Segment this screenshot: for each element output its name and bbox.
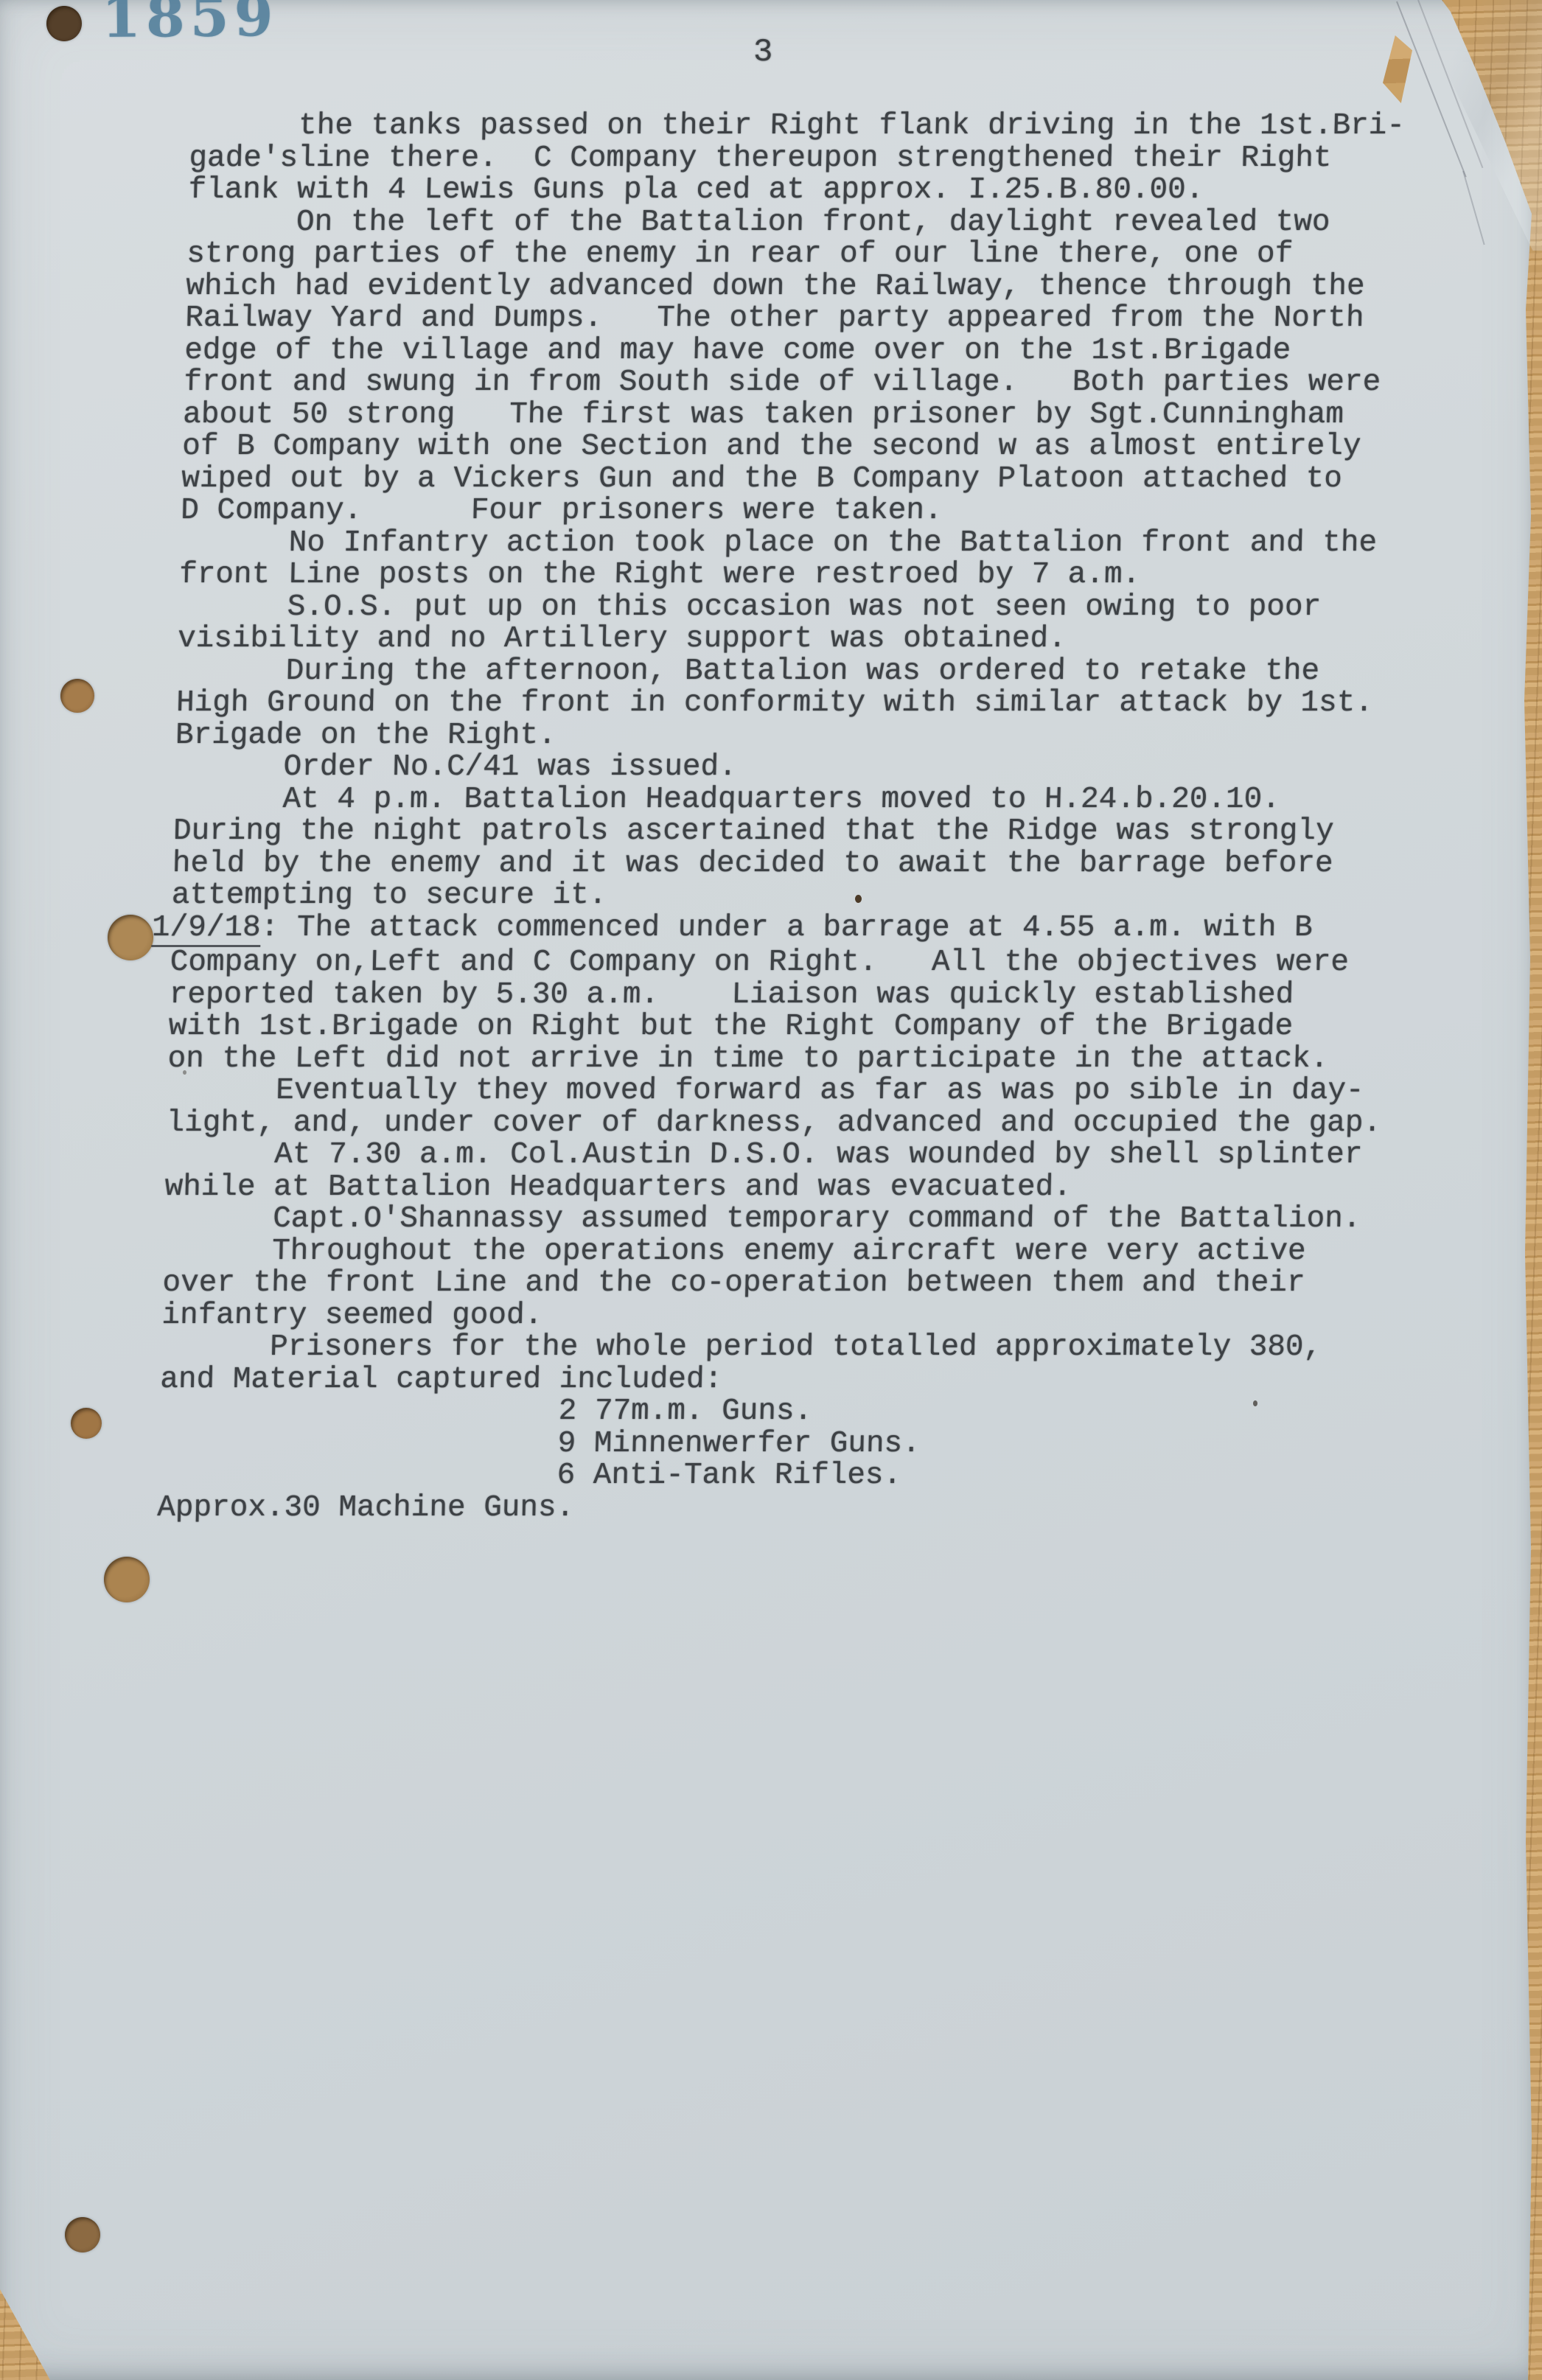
- typewritten-line: while at Battalion Headquarters and was …: [164, 1172, 1462, 1204]
- typewritten-line: Prisoners for the whole period totalled …: [161, 1332, 1459, 1364]
- typewritten-line: At 7.30 a.m. Col.Austin D.S.O. was wound…: [165, 1140, 1463, 1172]
- punch-hole: [71, 1408, 102, 1439]
- typewritten-line: about 50 strong The first was taken pris…: [183, 399, 1481, 432]
- typewritten-line: infantry seemed good.: [161, 1300, 1459, 1333]
- typewritten-line: with 1st.Brigade on Right but the Right …: [168, 1011, 1466, 1044]
- typewritten-line: Company on,Left and C Company on Right. …: [170, 947, 1468, 980]
- punch-hole: [60, 679, 94, 713]
- typewritten-line: No Infantry action took place on the Bat…: [180, 528, 1478, 560]
- typewritten-line: of B Company with one Section and the se…: [182, 431, 1480, 464]
- page-number: 3: [753, 34, 772, 71]
- typewritten-line: At 4 p.m. Battalion Headquarters moved t…: [173, 784, 1471, 817]
- typewritten-line: and Material captured included:: [160, 1364, 1458, 1397]
- typewritten-line: held by the enemy and it was decided to …: [172, 848, 1470, 881]
- typewritten-line: On the left of the Battalion front, dayl…: [187, 207, 1485, 240]
- typewritten-line: Order No.C/41 was issued.: [174, 752, 1472, 784]
- typewritten-line: S.O.S. put up on this occasion was not s…: [178, 592, 1476, 624]
- typewritten-line: attempting to secure it.: [171, 880, 1469, 912]
- typewritten-line: light, and, under cover of darkness, adv…: [166, 1108, 1464, 1140]
- typewritten-line: wiped out by a Vickers Gun and the B Com…: [181, 464, 1479, 496]
- typewritten-line: During the afternoon, Battalion was orde…: [177, 656, 1475, 688]
- typewritten-line: over the front Line and the co-operation…: [162, 1268, 1460, 1300]
- punch-hole: [108, 915, 153, 960]
- typewritten-line: Approx.30 Machine Guns.: [157, 1493, 1455, 1525]
- typewritten-line: visibility and no Artillery support was …: [178, 624, 1476, 656]
- typewritten-line: 9 Minnenwerfer Guns.: [158, 1428, 1456, 1461]
- typewritten-line: on the Left did not arrive in time to pa…: [167, 1044, 1465, 1076]
- typewritten-line: 2 77m.m. Guns.: [159, 1396, 1457, 1428]
- typewritten-line: edge of the village and may have come ov…: [184, 335, 1482, 368]
- typewritten-line: D Company. Four prisoners were taken.: [181, 495, 1479, 528]
- typewritten-line: 6 Anti-Tank Rifles.: [158, 1460, 1456, 1493]
- archive-number-stamp: 1859: [102, 0, 279, 50]
- punch-hole: [104, 1557, 150, 1602]
- typewritten-line: High Ground on the front in conformity w…: [176, 688, 1474, 720]
- margin-date: 1/9/18: [151, 912, 261, 948]
- typewritten-line: Railway Yard and Dumps. The other party …: [185, 303, 1483, 335]
- punch-hole: [65, 2217, 100, 2252]
- typewritten-text: the tanks passed on their Right flank dr…: [157, 111, 1487, 1524]
- typewritten-line: Eventually they moved forward as far as …: [167, 1075, 1465, 1108]
- typewritten-line: During the night patrols ascertained tha…: [172, 816, 1471, 848]
- typewritten-line: gade'sline there. C Company thereupon st…: [189, 143, 1487, 175]
- typewritten-line: flank with 4 Lewis Guns pla ced at appro…: [188, 175, 1486, 207]
- typewritten-line: reported taken by 5.30 a.m. Liaison was …: [169, 980, 1467, 1012]
- typewritten-line: Throughout the operations enemy aircraft…: [163, 1236, 1461, 1268]
- typewritten-line: Brigade on the Right.: [175, 720, 1473, 753]
- typewritten-line: Capt.O'Shannassy assumed temporary comma…: [164, 1204, 1462, 1236]
- typewritten-line: strong parties of the enemy in rear of o…: [186, 239, 1485, 271]
- typewritten-line: which had evidently advanced down the Ra…: [186, 271, 1484, 304]
- typewritten-line: 1/9/18: The attack commenced under a bar…: [170, 912, 1468, 948]
- scanned-war-diary-page: 1859 3 the tanks passed on their Right f…: [0, 0, 1542, 2380]
- typewritten-line: the tanks passed on their Right flank dr…: [189, 111, 1487, 143]
- typewritten-line: front and swung in from South side of vi…: [184, 367, 1482, 399]
- typewritten-line: front Line posts on the Right were restr…: [179, 559, 1477, 592]
- punch-hole: [46, 6, 82, 41]
